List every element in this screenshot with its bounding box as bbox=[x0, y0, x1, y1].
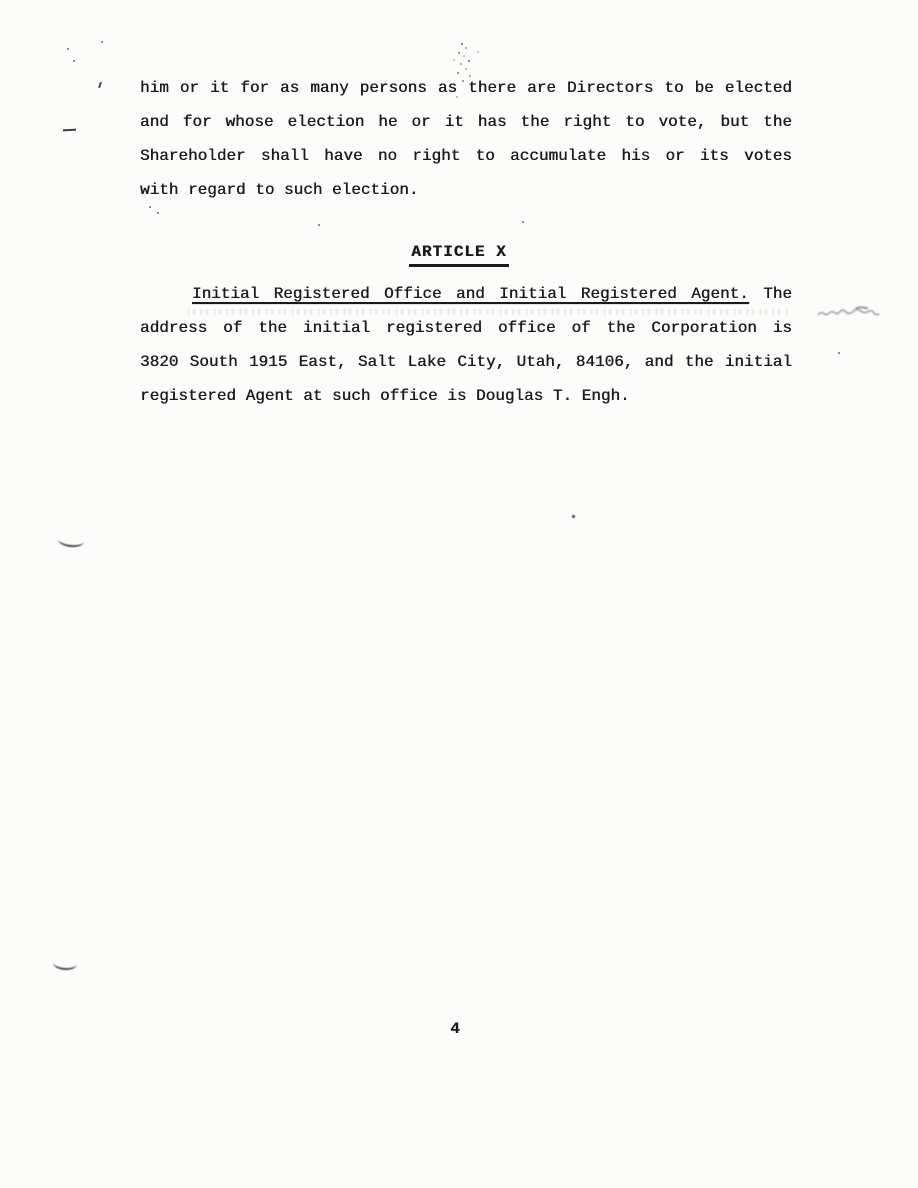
scan-noise-cluster-top bbox=[448, 40, 484, 88]
scan-curve-mark-lower bbox=[53, 956, 78, 971]
scan-smudge-under-underline bbox=[188, 309, 788, 315]
line-remainder: The bbox=[749, 285, 792, 303]
scan-speck bbox=[73, 60, 75, 62]
scan-apostrophe-mark bbox=[98, 82, 102, 88]
scan-curve-mark-upper bbox=[57, 533, 84, 549]
scan-smudge-right-margin bbox=[815, 301, 880, 323]
scan-speck bbox=[571, 514, 575, 518]
scan-speck bbox=[456, 96, 458, 98]
scan-speck bbox=[157, 212, 159, 214]
paragraph-registered-office-line: address of the initial registered office… bbox=[140, 311, 792, 345]
scan-speck bbox=[522, 221, 524, 223]
paragraph-voting-line: with regard to such election. bbox=[140, 173, 792, 207]
scan-speck bbox=[838, 352, 840, 354]
scanned-document-page: him or it for as many persons as there a… bbox=[0, 0, 918, 1188]
page-number: 4 bbox=[0, 1020, 910, 1038]
paragraph-voting-line: and for whose election he or it has the … bbox=[140, 105, 792, 139]
scan-speck bbox=[101, 41, 103, 43]
underlined-phrase: Initial Registered Office and Initial Re… bbox=[192, 285, 749, 303]
paragraph-registered-office-line: 3820 South 1915 East, Salt Lake City, Ut… bbox=[140, 345, 792, 379]
paragraph-registered-office-line: Initial Registered Office and Initial Re… bbox=[140, 277, 792, 311]
scan-speck bbox=[318, 224, 320, 226]
paragraph-registered-office-line: registered Agent at such office is Dougl… bbox=[140, 379, 792, 413]
paragraph-registered-office: Initial Registered Office and Initial Re… bbox=[140, 277, 792, 413]
scan-speck bbox=[67, 48, 69, 50]
article-heading: ARTICLE X bbox=[0, 243, 918, 261]
scan-speck bbox=[149, 206, 151, 208]
paragraph-voting-line: Shareholder shall have no right to accum… bbox=[140, 139, 792, 173]
paragraph-voting: him or it for as many persons as there a… bbox=[140, 71, 792, 207]
scan-dash-mark bbox=[63, 129, 76, 132]
